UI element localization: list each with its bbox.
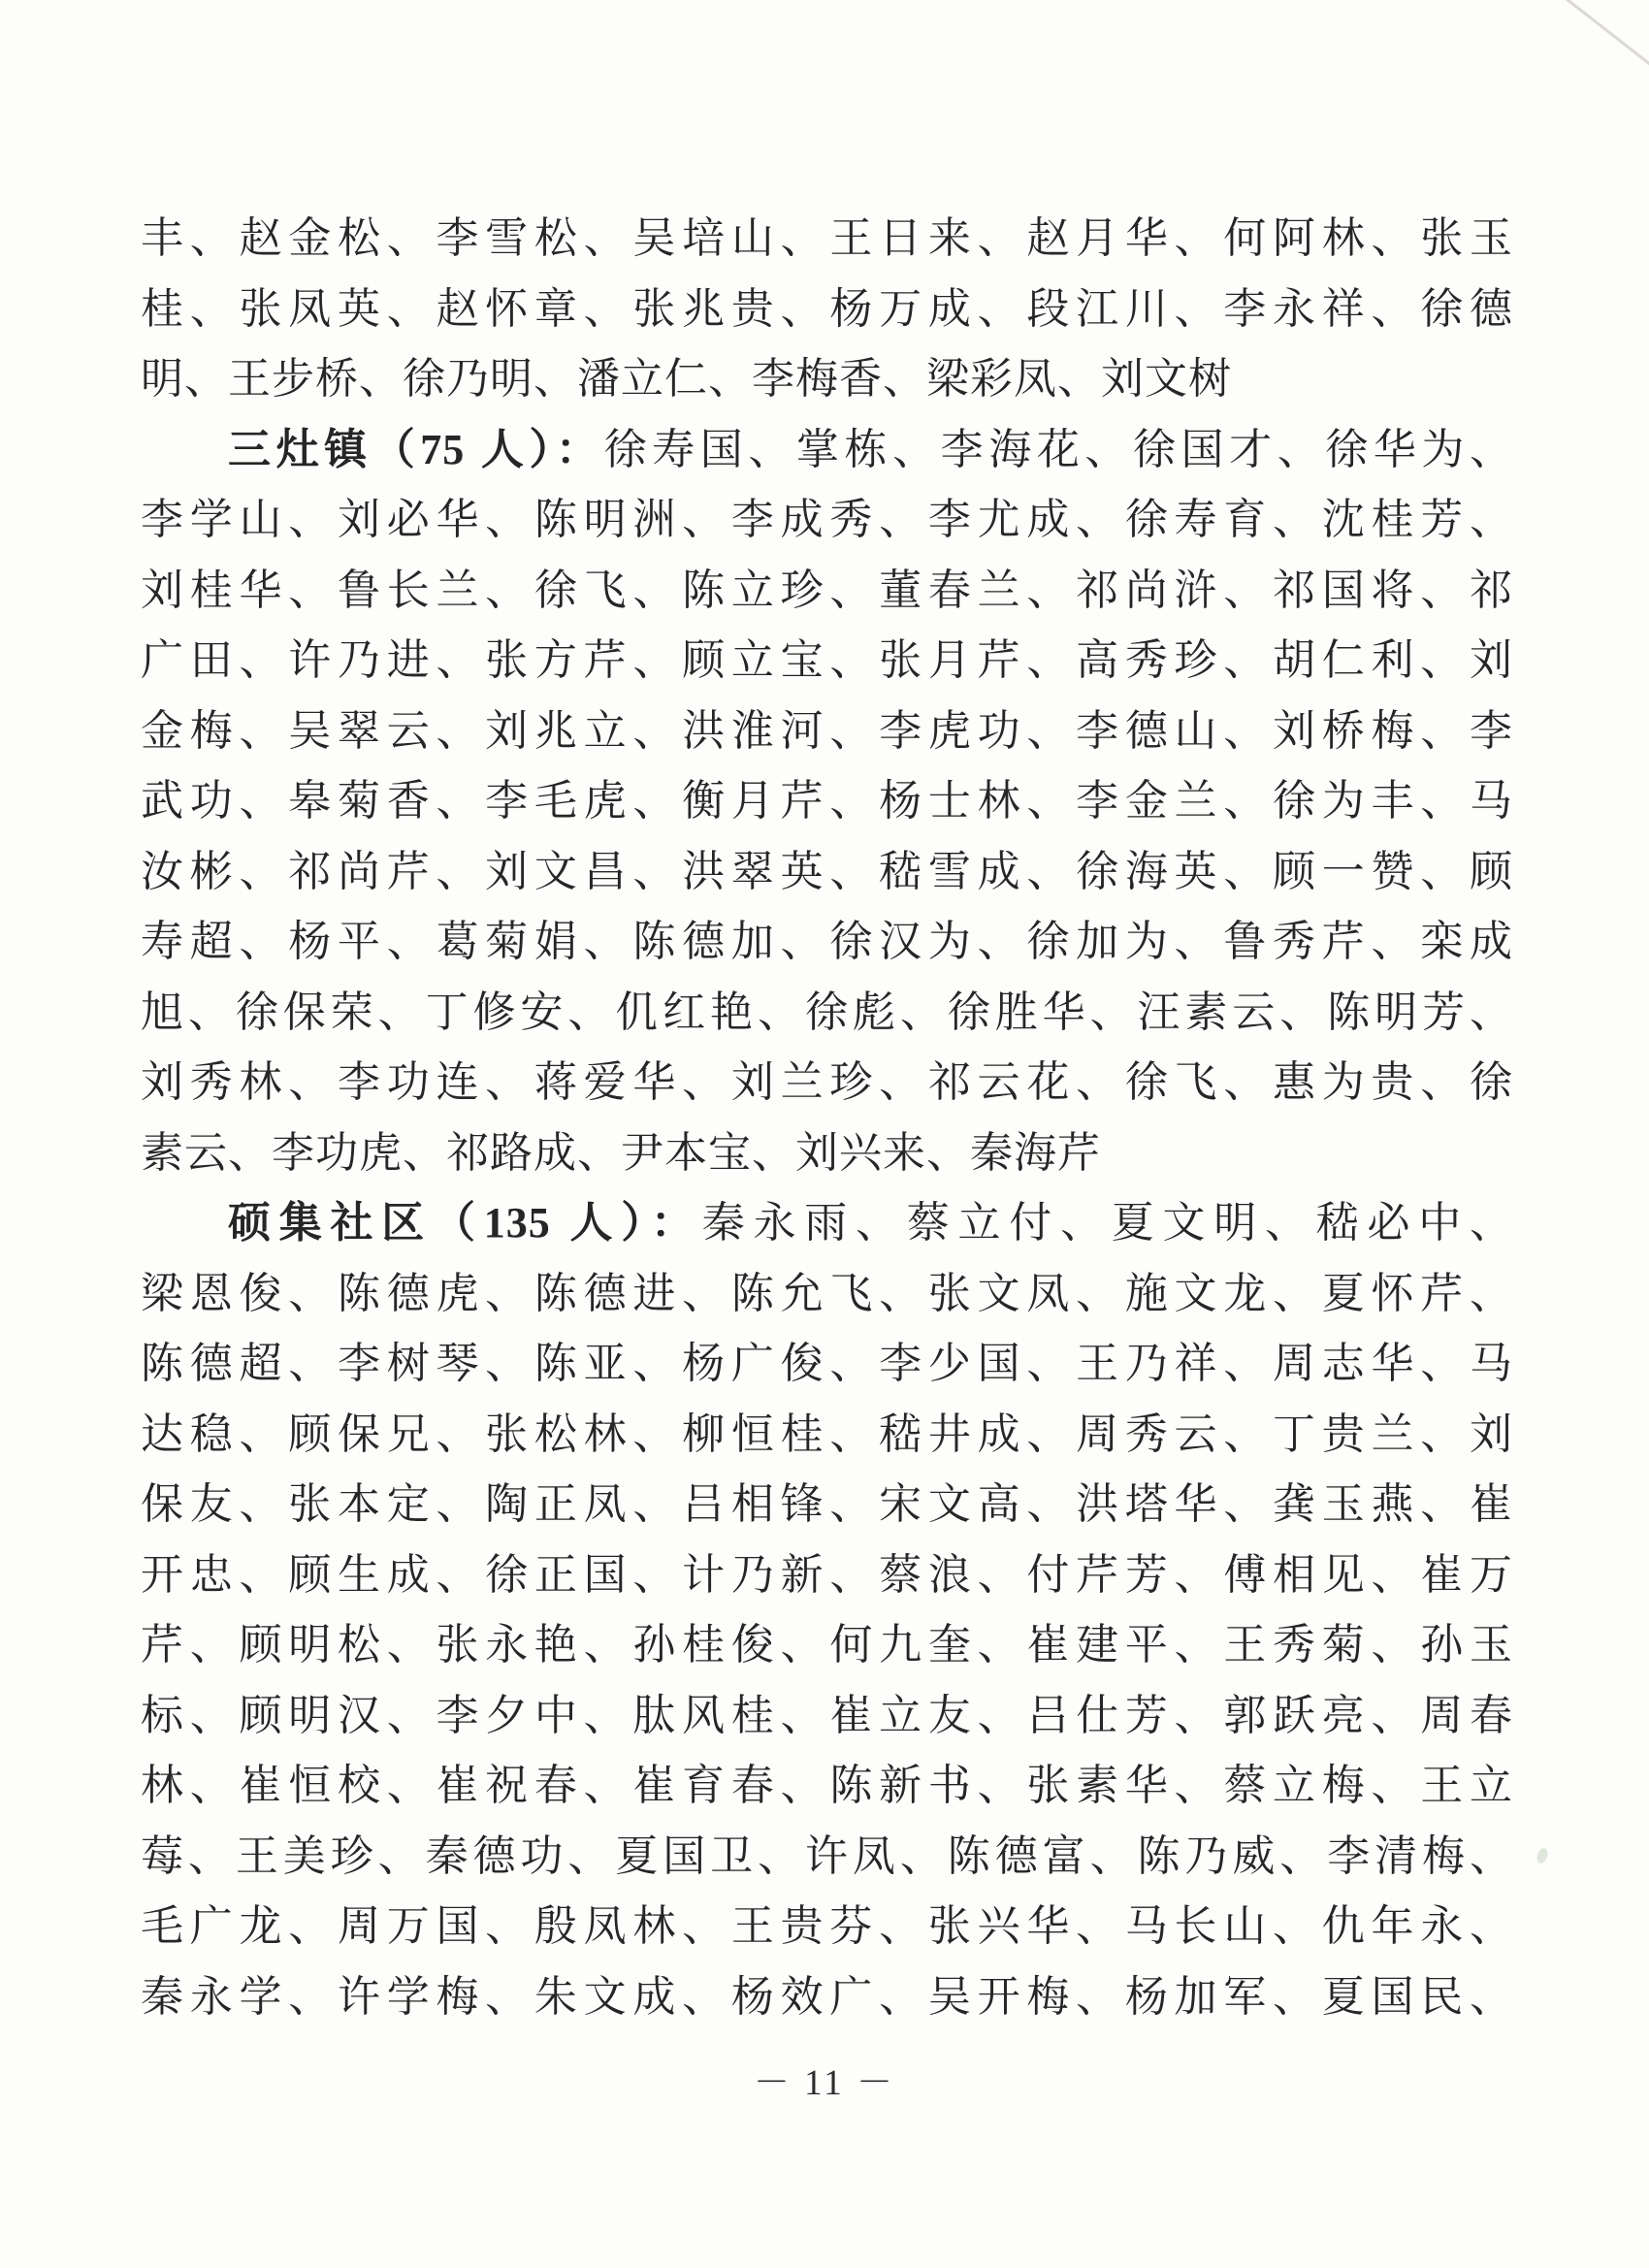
text-line: 金梅、吴翠云、刘兆立、洪淮河、李虎功、李德山、刘桥梅、李 — [141, 697, 1513, 767]
text-line: 莓、王美珍、秦德功、夏国卫、许凤、陈德富、陈乃威、李清梅、 — [141, 1822, 1513, 1893]
name-list: 徐寿国、掌栋、李海花、徐国才、徐华为、 — [604, 426, 1513, 473]
scan-artifact — [1558, 0, 1649, 66]
text-line: 桂、张凤英、赵怀章、张兆贵、杨万成、段江川、李永祥、徐德 — [141, 275, 1513, 345]
text-line: 寿超、杨平、葛菊娟、陈德加、徐汉为、徐加为、鲁秀芹、栾成 — [141, 907, 1513, 978]
document-page: 丰、赵金松、李雪松、吴培山、王日来、赵月华、何阿林、张玉 桂、张凤英、赵怀章、张… — [0, 0, 1649, 2268]
text-line: 旭、徐保荣、丁修安、仉红艳、徐彪、徐胜华、汪素云、陈明芳、 — [141, 978, 1513, 1049]
section-title: 硕集社区（135 人）： — [228, 1199, 702, 1247]
text-line: 林、崔恒校、崔祝春、崔育春、陈新书、张素华、蔡立梅、王立 — [141, 1751, 1513, 1822]
body-text: 丰、赵金松、李雪松、吴培山、王日来、赵月华、何阿林、张玉 桂、张凤英、赵怀章、张… — [141, 204, 1513, 2032]
scan-artifact — [1536, 1847, 1550, 1864]
text-line: 达稳、顾保兄、张松林、柳恒桂、嵇井成、周秀云、丁贵兰、刘 — [141, 1400, 1513, 1471]
text-line: 芹、顾明松、张永艳、孙桂俊、何九奎、崔建平、王秀菊、孙玉 — [141, 1610, 1513, 1681]
text-line: 保友、张本定、陶正凤、吕相锋、宋文高、洪塔华、龚玉燕、崔 — [141, 1470, 1513, 1540]
text-line: 明、王步桥、徐乃明、潘立仁、李梅香、梁彩凤、刘文树 — [141, 344, 1513, 415]
text-line: 秦永学、许学梅、朱文成、杨效广、吴开梅、杨加军、夏国民、 — [141, 1962, 1513, 2033]
section-title: 三灶镇（75 人）： — [228, 426, 604, 473]
text-line: 素云、李功虎、祁路成、尹本宝、刘兴来、秦海芹 — [141, 1118, 1513, 1189]
text-line: 陈德超、李树琴、陈亚、杨广俊、李少国、王乃祥、周志华、马 — [141, 1329, 1513, 1400]
text-line: 汝彬、祁尚芹、刘文昌、洪翠英、嵇雪成、徐海英、顾一赞、顾 — [141, 837, 1513, 908]
text-line: 广田、许乃进、张方芹、顾立宝、张月芹、高秀珍、胡仁利、刘 — [141, 626, 1513, 697]
text-line: 标、顾明汉、李夕中、肽风桂、崔立友、吕仕芳、郭跃亮、周春 — [141, 1681, 1513, 1752]
text-line: 开忠、顾生成、徐正国、计乃新、蔡浪、付芹芳、傅相见、崔万 — [141, 1540, 1513, 1611]
text-line: 刘秀林、李功连、蒋爱华、刘兰珍、祁云花、徐飞、惠为贵、徐 — [141, 1048, 1513, 1118]
text-line: 刘桂华、鲁长兰、徐飞、陈立珍、董春兰、祁尚浒、祁国将、祁 — [141, 556, 1513, 627]
text-line: 武功、皋菊香、李毛虎、衡月芹、杨士林、李金兰、徐为丰、马 — [141, 766, 1513, 837]
text-line: 三灶镇（75 人）：徐寿国、掌栋、李海花、徐国才、徐华为、 — [141, 415, 1513, 486]
text-line: 硕集社区（135 人）：秦永雨、蔡立付、夏文明、嵇必中、 — [141, 1188, 1513, 1259]
name-list: 秦永雨、蔡立付、夏文明、嵇必中、 — [702, 1199, 1513, 1247]
text-line: 丰、赵金松、李雪松、吴培山、王日来、赵月华、何阿林、张玉 — [141, 204, 1513, 275]
text-line: 毛广龙、周万国、殷凤林、王贵芬、张兴华、马长山、仇年永、 — [141, 1892, 1513, 1962]
text-line: 李学山、刘必华、陈明洲、李成秀、李尤成、徐寿育、沈桂芳、 — [141, 485, 1513, 556]
page-number: － 11 － — [0, 2055, 1649, 2113]
text-line: 梁恩俊、陈德虎、陈德进、陈允飞、张文凤、施文龙、夏怀芹、 — [141, 1259, 1513, 1330]
